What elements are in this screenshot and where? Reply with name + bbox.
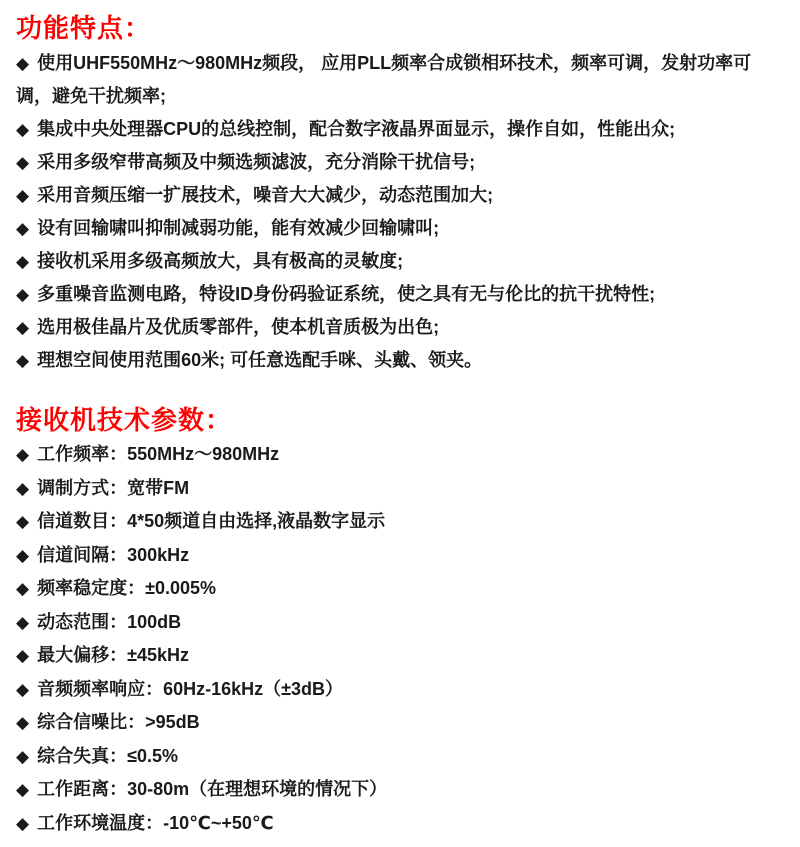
feature-item: ◆采用多级窄带高频及中频选频滤波，充分消除干扰信号; (16, 146, 784, 179)
feature-text: 采用多级窄带高频及中频选频滤波，充分消除干扰信号; (37, 152, 475, 172)
diamond-bullet-icon: ◆ (16, 445, 29, 464)
feature-text: 理想空间使用范围60米; 可任意选配手咪、头戴、领夹。 (37, 350, 482, 370)
feature-text: 采用音频压缩一扩展技术，噪音大大减少，动态范围加大; (37, 185, 493, 205)
spec-item: ◆综合失真：≤0.5% (16, 740, 784, 774)
feature-item: ◆理想空间使用范围60米; 可任意选配手咪、头戴、领夹。 (16, 344, 784, 377)
spec-text: 调制方式：宽带FM (37, 478, 189, 498)
diamond-bullet-icon: ◆ (16, 153, 29, 172)
spec-text: 信道间隔：300kHz (37, 545, 189, 565)
feature-item: ◆多重噪音监测电路，特设ID身份码验证系统，使之具有无与伦比的抗干扰特性; (16, 278, 784, 311)
diamond-bullet-icon: ◆ (16, 713, 29, 732)
diamond-bullet-icon: ◆ (16, 318, 29, 337)
spec-item: ◆调制方式：宽带FM (16, 472, 784, 506)
diamond-bullet-icon: ◆ (16, 579, 29, 598)
feature-text: 集成中央处理器CPU的总线控制，配合数字液晶界面显示，操作自如，性能出众; (37, 119, 675, 139)
features-section-title: 功能特点： (16, 13, 784, 43)
feature-text: 设有回输啸叫抑制减弱功能，能有效减少回输啸叫; (37, 218, 439, 238)
spec-item: ◆频率稳定度：±0.005% (16, 572, 784, 606)
product-spec-page: 功能特点： ◆使用UHF550MHz～980MHz频段， 应用PLL频率合成锁相… (0, 0, 800, 847)
feature-text: 接收机采用多级高频放大，具有极高的灵敏度; (37, 251, 403, 271)
spec-item: ◆动态范围：100dB (16, 606, 784, 640)
feature-item: ◆设有回输啸叫抑制减弱功能，能有效减少回输啸叫; (16, 212, 784, 245)
diamond-bullet-icon: ◆ (16, 285, 29, 304)
feature-item: ◆选用极佳晶片及优质零部件，使本机音质极为出色; (16, 311, 784, 344)
spec-text: 工作频率：550MHz～980MHz (37, 444, 279, 464)
spec-item: ◆信道数目：4*50频道自由选择,液晶数字显示 (16, 505, 784, 539)
spec-item: ◆最大偏移：±45kHz (16, 639, 784, 673)
spec-item: ◆工作距离：30-80m（在理想环境的情况下） (16, 773, 784, 807)
spec-item: ◆综合信噪比：>95dB (16, 706, 784, 740)
spec-text: 最大偏移：±45kHz (37, 645, 189, 665)
receiver-params-list: ◆工作频率：550MHz～980MHz ◆调制方式：宽带FM ◆信道数目：4*5… (16, 438, 784, 840)
spec-text: 音频频率响应：60Hz-16kHz（±3dB） (37, 679, 343, 699)
feature-item: ◆采用音频压缩一扩展技术，噪音大大减少，动态范围加大; (16, 179, 784, 212)
spec-text: 动态范围：100dB (37, 612, 181, 632)
diamond-bullet-icon: ◆ (16, 747, 29, 766)
diamond-bullet-icon: ◆ (16, 512, 29, 531)
diamond-bullet-icon: ◆ (16, 186, 29, 205)
spec-text: 工作环境温度：-10℃~+50℃ (37, 813, 274, 833)
diamond-bullet-icon: ◆ (16, 646, 29, 665)
diamond-bullet-icon: ◆ (16, 252, 29, 271)
receiver-params-section-title: 接收机技术参数： (16, 405, 784, 435)
spec-text: 频率稳定度：±0.005% (37, 578, 216, 598)
spec-item: ◆信道间隔：300kHz (16, 539, 784, 573)
spec-text: 综合信噪比：>95dB (37, 712, 200, 732)
diamond-bullet-icon: ◆ (16, 780, 29, 799)
spec-item: ◆工作环境温度：-10℃~+50℃ (16, 807, 784, 841)
spec-text: 信道数目：4*50频道自由选择,液晶数字显示 (37, 511, 385, 531)
diamond-bullet-icon: ◆ (16, 54, 29, 73)
feature-item: ◆接收机采用多级高频放大，具有极高的灵敏度; (16, 245, 784, 278)
diamond-bullet-icon: ◆ (16, 680, 29, 699)
diamond-bullet-icon: ◆ (16, 546, 29, 565)
feature-item: ◆使用UHF550MHz～980MHz频段， 应用PLL频率合成锁相环技术，频率… (16, 47, 784, 113)
spec-item: ◆工作频率：550MHz～980MHz (16, 438, 784, 472)
feature-text: 选用极佳晶片及优质零部件，使本机音质极为出色; (37, 317, 439, 337)
features-list: ◆使用UHF550MHz～980MHz频段， 应用PLL频率合成锁相环技术，频率… (16, 47, 784, 377)
spec-text: 工作距离：30-80m（在理想环境的情况下） (37, 779, 387, 799)
diamond-bullet-icon: ◆ (16, 120, 29, 139)
spec-text: 综合失真：≤0.5% (37, 746, 178, 766)
diamond-bullet-icon: ◆ (16, 351, 29, 370)
diamond-bullet-icon: ◆ (16, 613, 29, 632)
diamond-bullet-icon: ◆ (16, 219, 29, 238)
feature-text: 多重噪音监测电路，特设ID身份码验证系统，使之具有无与伦比的抗干扰特性; (37, 284, 655, 304)
feature-text: 使用UHF550MHz～980MHz频段， 应用PLL频率合成锁相环技术，频率可… (16, 53, 751, 106)
spec-item: ◆音频频率响应：60Hz-16kHz（±3dB） (16, 673, 784, 707)
diamond-bullet-icon: ◆ (16, 479, 29, 498)
feature-item: ◆集成中央处理器CPU的总线控制，配合数字液晶界面显示，操作自如，性能出众; (16, 113, 784, 146)
diamond-bullet-icon: ◆ (16, 814, 29, 833)
